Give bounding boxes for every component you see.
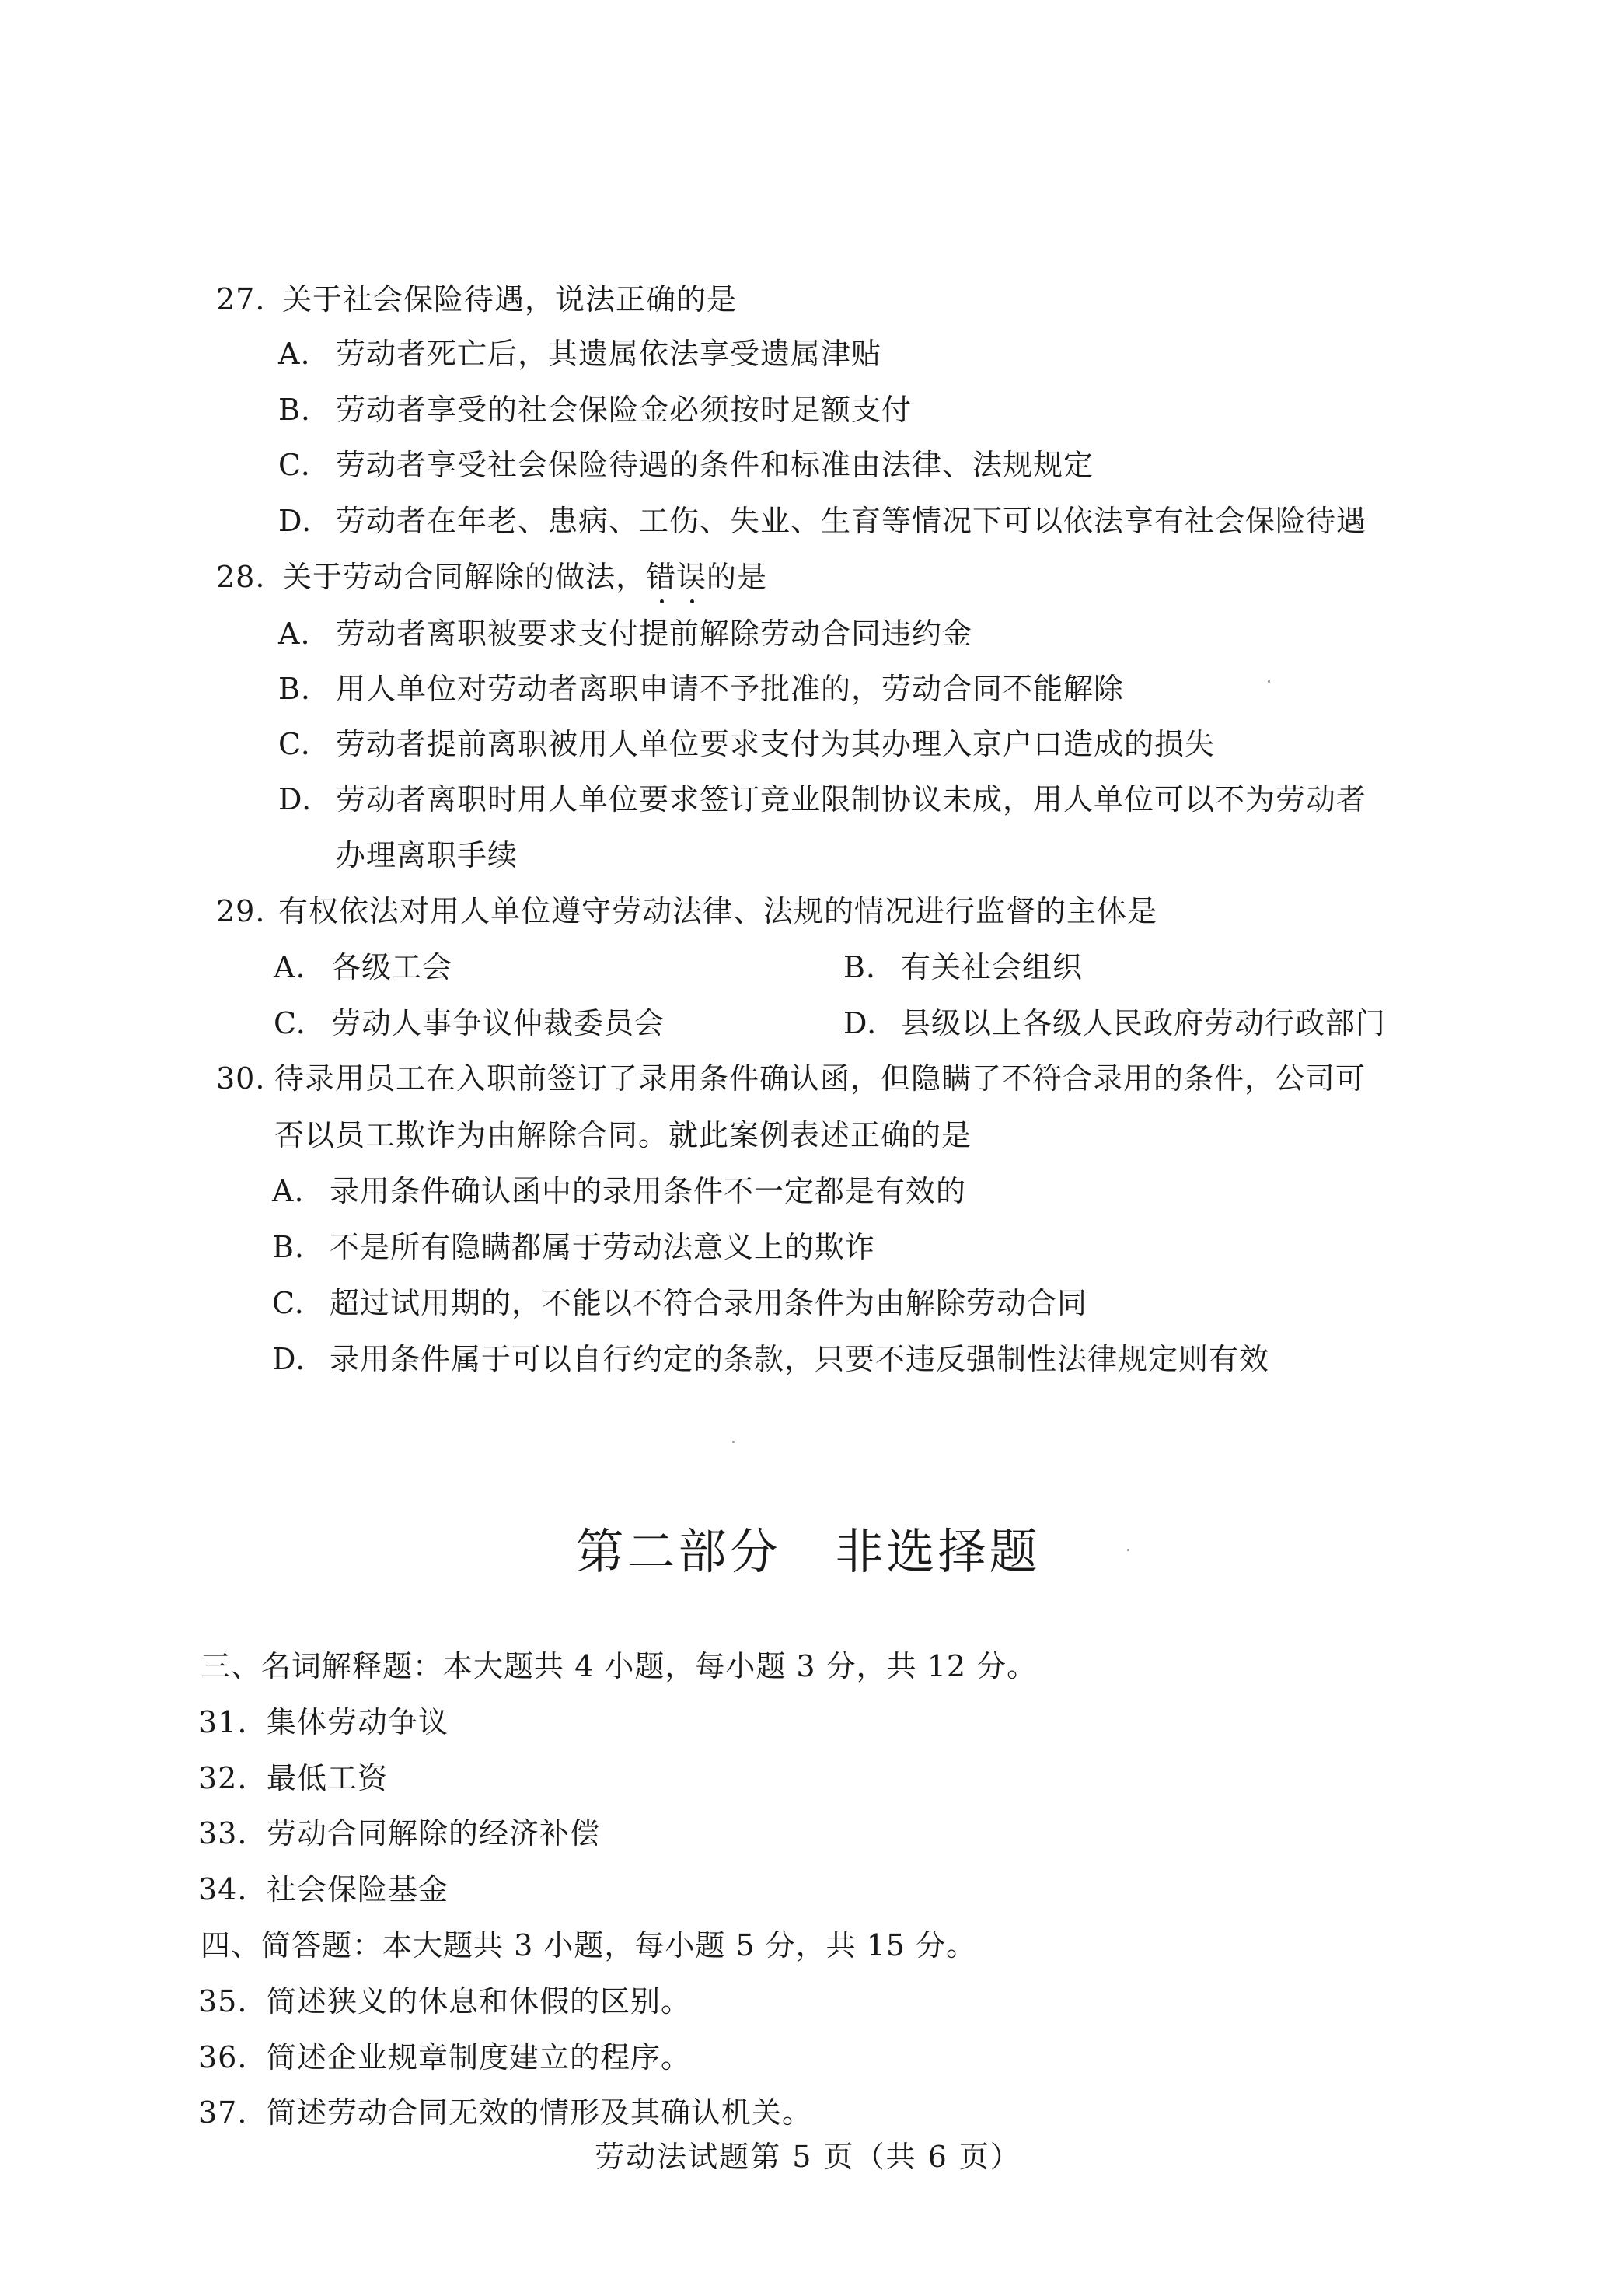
option-text: 劳动者离职时用人单位要求签订竞业限制协议未成，用人单位可以不为劳动者 — [336, 782, 1366, 816]
question-stem: 待录用员工在入职前签订了录用条件确认函，但隐瞒了不符合录用的条件，公司可 — [274, 1060, 1366, 1097]
item-34: 34.社会保险基金 — [198, 1871, 247, 1908]
option-text: 超过试用期的，不能以不符合录用条件为由解除劳动合同 — [330, 1286, 1087, 1320]
option-29-c: C.劳动人事争议仲裁委员会 — [274, 1005, 665, 1042]
item-number: 36. — [198, 2040, 247, 2074]
option-text: 劳动者享受社会保险待遇的条件和标准由法律、法规规定 — [336, 448, 1094, 482]
item-number: 37. — [198, 2095, 247, 2130]
question-stem: 关于社会保险待遇，说法正确的是 — [282, 281, 737, 318]
option-text: 有关社会组织 — [901, 950, 1083, 984]
question-stem: 关于劳动合同解除的做法，错误的是 — [282, 558, 767, 596]
emphasis-char: 误 — [676, 558, 707, 596]
option-30-d: D.录用条件属于可以自行约定的条款，只要不违反强制性法律规定则有效 — [272, 1340, 1269, 1378]
option-28-b: B.用人单位对劳动者离职申请不予批准的，劳动合同不能解除 — [278, 670, 1124, 708]
item-36: 36.简述企业规章制度建立的程序。 — [198, 2039, 247, 2076]
option-label: A. — [278, 335, 336, 372]
option-29-d: D.县级以上各级人民政府劳动行政部门 — [843, 1005, 1386, 1042]
stem-text: 关于劳动合同解除的做法， — [282, 560, 646, 594]
option-text: 劳动人事争议仲裁委员会 — [331, 1006, 665, 1040]
title-type: 非选择题 — [836, 1523, 1041, 1580]
part-two-title: 第二部分非选择题 — [0, 1524, 1616, 1580]
option-label: C. — [274, 1005, 331, 1042]
item-35: 35.简述狭义的休息和休假的区别。 — [198, 1983, 247, 2020]
title-part: 第二部分 — [575, 1523, 780, 1580]
question-number: 29. — [216, 894, 265, 928]
item-text: 集体劳动争议 — [267, 1704, 449, 1741]
question-number: 27. — [216, 282, 265, 316]
option-text: 不是所有隐瞒都属于劳动法意义上的欺诈 — [330, 1230, 875, 1264]
item-text: 简述劳动合同无效的情形及其确认机关。 — [267, 2094, 812, 2131]
scan-speck — [1268, 680, 1270, 683]
option-29-b: B.有关社会组织 — [843, 949, 1083, 986]
option-28-c: C.劳动者提前离职被用人单位要求支付为其办理入京户口造成的损失 — [278, 725, 1215, 763]
option-27-c: C.劳动者享受社会保险待遇的条件和标准由法律、法规规定 — [278, 446, 1094, 484]
option-label: D. — [843, 1005, 901, 1042]
item-number: 31. — [198, 1705, 247, 1739]
section-heading: 三、名词解释题：本大题共 4 小题，每小题 3 分，共 12 分。 — [201, 1649, 1037, 1683]
item-text: 劳动合同解除的经济补偿 — [267, 1815, 600, 1852]
option-30-b: B.不是所有隐瞒都属于劳动法意义上的欺诈 — [272, 1228, 875, 1266]
option-label: D. — [278, 781, 336, 818]
item-number: 33. — [198, 1816, 247, 1850]
option-text: 劳动者死亡后，其遗属依法享受遗属津贴 — [336, 337, 881, 371]
question-30: 30. 待录用员工在入职前签订了录用条件确认函，但隐瞒了不符合录用的条件，公司可 — [216, 1060, 265, 1097]
option-30-a: A.录用条件确认函中的录用条件不一定都是有效的 — [272, 1172, 966, 1210]
item-text: 社会保险基金 — [267, 1871, 449, 1908]
section-heading-terms: 三、名词解释题：本大题共 4 小题，每小题 3 分，共 12 分。 — [201, 1648, 1037, 1685]
emphasis-char: 错 — [646, 558, 676, 596]
item-number: 35. — [198, 1984, 247, 2018]
option-27-d: D.劳动者在年老、患病、工伤、失业、生育等情况下可以依法享有社会保险待遇 — [278, 502, 1366, 540]
option-28-d-continuation: 办理离职手续 — [336, 837, 518, 874]
item-37: 37.简述劳动合同无效的情形及其确认机关。 — [198, 2094, 247, 2131]
option-label: D. — [278, 502, 336, 540]
option-label: A. — [278, 615, 336, 652]
item-33: 33.劳动合同解除的经济补偿 — [198, 1815, 247, 1852]
section-heading-short-answer: 四、简答题：本大题共 3 小题，每小题 5 分，共 15 分。 — [201, 1927, 976, 1964]
option-text: 办理离职手续 — [336, 838, 518, 872]
option-label: C. — [278, 725, 336, 763]
question-stem: 否以员工欺诈为由解除合同。就此案例表述正确的是 — [274, 1118, 972, 1152]
question-30-continuation: 否以员工欺诈为由解除合同。就此案例表述正确的是 — [274, 1117, 972, 1154]
item-32: 32.最低工资 — [198, 1760, 247, 1797]
option-text: 劳动者离职被要求支付提前解除劳动合同违约金 — [336, 617, 972, 651]
option-28-a: A.劳动者离职被要求支付提前解除劳动合同违约金 — [278, 615, 972, 652]
option-27-a: A.劳动者死亡后，其遗属依法享受遗属津贴 — [278, 335, 881, 372]
option-29-a: A.各级工会 — [274, 949, 452, 986]
option-label: B. — [843, 949, 901, 986]
option-label: B. — [278, 391, 336, 428]
option-text: 县级以上各级人民政府劳动行政部门 — [901, 1006, 1386, 1040]
question-number: 30. — [216, 1061, 265, 1096]
question-stem: 有权依法对用人单位遵守劳动法律、法规的情况进行监督的主体是 — [278, 893, 1157, 930]
scan-speck — [1127, 1549, 1129, 1551]
option-label: B. — [278, 670, 336, 708]
option-30-c: C.超过试用期的，不能以不符合录用条件为由解除劳动合同 — [272, 1284, 1087, 1322]
option-text: 用人单位对劳动者离职申请不予批准的，劳动合同不能解除 — [336, 672, 1124, 706]
option-28-d: D.劳动者离职时用人单位要求签订竞业限制协议未成，用人单位可以不为劳动者 — [278, 781, 1366, 818]
option-label: B. — [272, 1228, 330, 1266]
section-heading: 四、简答题：本大题共 3 小题，每小题 5 分，共 15 分。 — [201, 1928, 976, 1962]
item-number: 34. — [198, 1872, 247, 1906]
question-28: 28. 关于劳动合同解除的做法，错误的是 — [216, 558, 265, 596]
option-label: A. — [274, 949, 331, 986]
option-label: D. — [272, 1340, 330, 1378]
option-label: C. — [278, 446, 336, 484]
question-number: 28. — [216, 560, 265, 594]
option-27-b: B.劳动者享受的社会保险金必须按时足额支付 — [278, 391, 912, 428]
question-27: 27. 关于社会保险待遇，说法正确的是 — [216, 281, 265, 318]
item-text: 简述企业规章制度建立的程序。 — [267, 2039, 691, 2076]
option-label: C. — [272, 1284, 330, 1322]
option-text: 录用条件属于可以自行约定的条款，只要不违反强制性法律规定则有效 — [330, 1342, 1269, 1376]
page-number-text: 劳动法试题第 5 页（共 6 页） — [595, 2140, 1021, 2174]
item-text: 最低工资 — [267, 1760, 388, 1797]
item-number: 32. — [198, 1761, 247, 1795]
option-text: 劳动者提前离职被用人单位要求支付为其办理入京户口造成的损失 — [336, 727, 1215, 761]
scan-speck — [732, 1441, 735, 1443]
option-text: 各级工会 — [331, 950, 452, 984]
option-text: 录用条件确认函中的录用条件不一定都是有效的 — [330, 1174, 966, 1208]
stem-text: 的是 — [707, 560, 767, 594]
question-29: 29. 有权依法对用人单位遵守劳动法律、法规的情况进行监督的主体是 — [216, 893, 265, 930]
option-text: 劳动者在年老、患病、工伤、失业、生育等情况下可以依法享有社会保险待遇 — [336, 504, 1366, 538]
item-text: 简述狭义的休息和休假的区别。 — [267, 1983, 691, 2020]
option-label: A. — [272, 1172, 330, 1210]
item-31: 31.集体劳动争议 — [198, 1704, 247, 1741]
page-footer: 劳动法试题第 5 页（共 6 页） — [0, 2138, 1616, 2175]
option-text: 劳动者享受的社会保险金必须按时足额支付 — [336, 393, 912, 427]
